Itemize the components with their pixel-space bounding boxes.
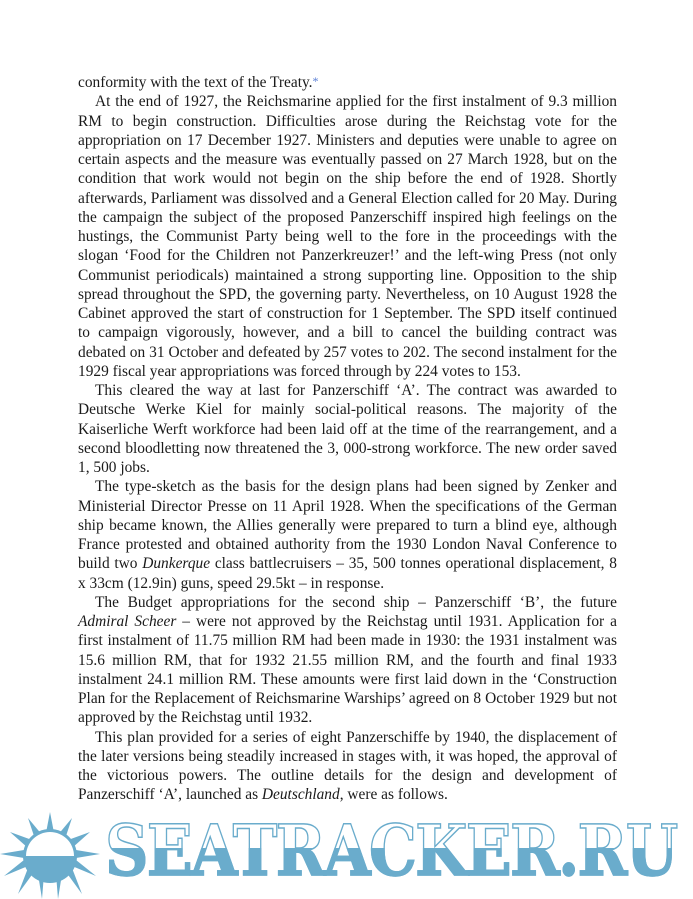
paragraph-budget-appropriations: The Budget appropriations for the second… [78, 593, 617, 728]
paragraph-text: At the end of 1927, the Reichsmarine app… [78, 93, 617, 380]
italic-text: two [114, 555, 137, 572]
watermark-text: SEATRACKER.RU [105, 816, 677, 886]
paragraph-text: This cleared the way at last for Panzers… [78, 382, 617, 476]
paragraph-contract-award: This cleared the way at last for Panzers… [78, 381, 617, 477]
paragraph-text: , were as follows. [340, 786, 448, 803]
footnote-link[interactable]: * [313, 74, 319, 88]
watermark: SEATRACKER.RU [0, 812, 693, 899]
document-page: conformity with the text of the Treaty.*… [78, 72, 617, 805]
paragraph-construction-plan: This plan provided for a series of eight… [78, 728, 617, 805]
paragraph-text: The Budget appropriations for the second… [95, 594, 617, 611]
ship-name-dunkerque: Dunkerque [142, 555, 210, 572]
paragraph-reichstag-vote: At the end of 1927, the Reichsmarine app… [78, 92, 617, 381]
paragraph-continuation: conformity with the text of the Treaty.* [78, 72, 617, 92]
sun-icon [0, 812, 110, 899]
paragraph-type-sketch: The type-sketch as the basis for the des… [78, 477, 617, 593]
paragraph-text: conformity with the text of the Treaty. [78, 74, 313, 91]
word-two: two [114, 555, 137, 572]
ship-name-deutschland: Deutschland [262, 786, 340, 803]
ship-name-admiral-scheer: Admiral Scheer [78, 613, 176, 630]
